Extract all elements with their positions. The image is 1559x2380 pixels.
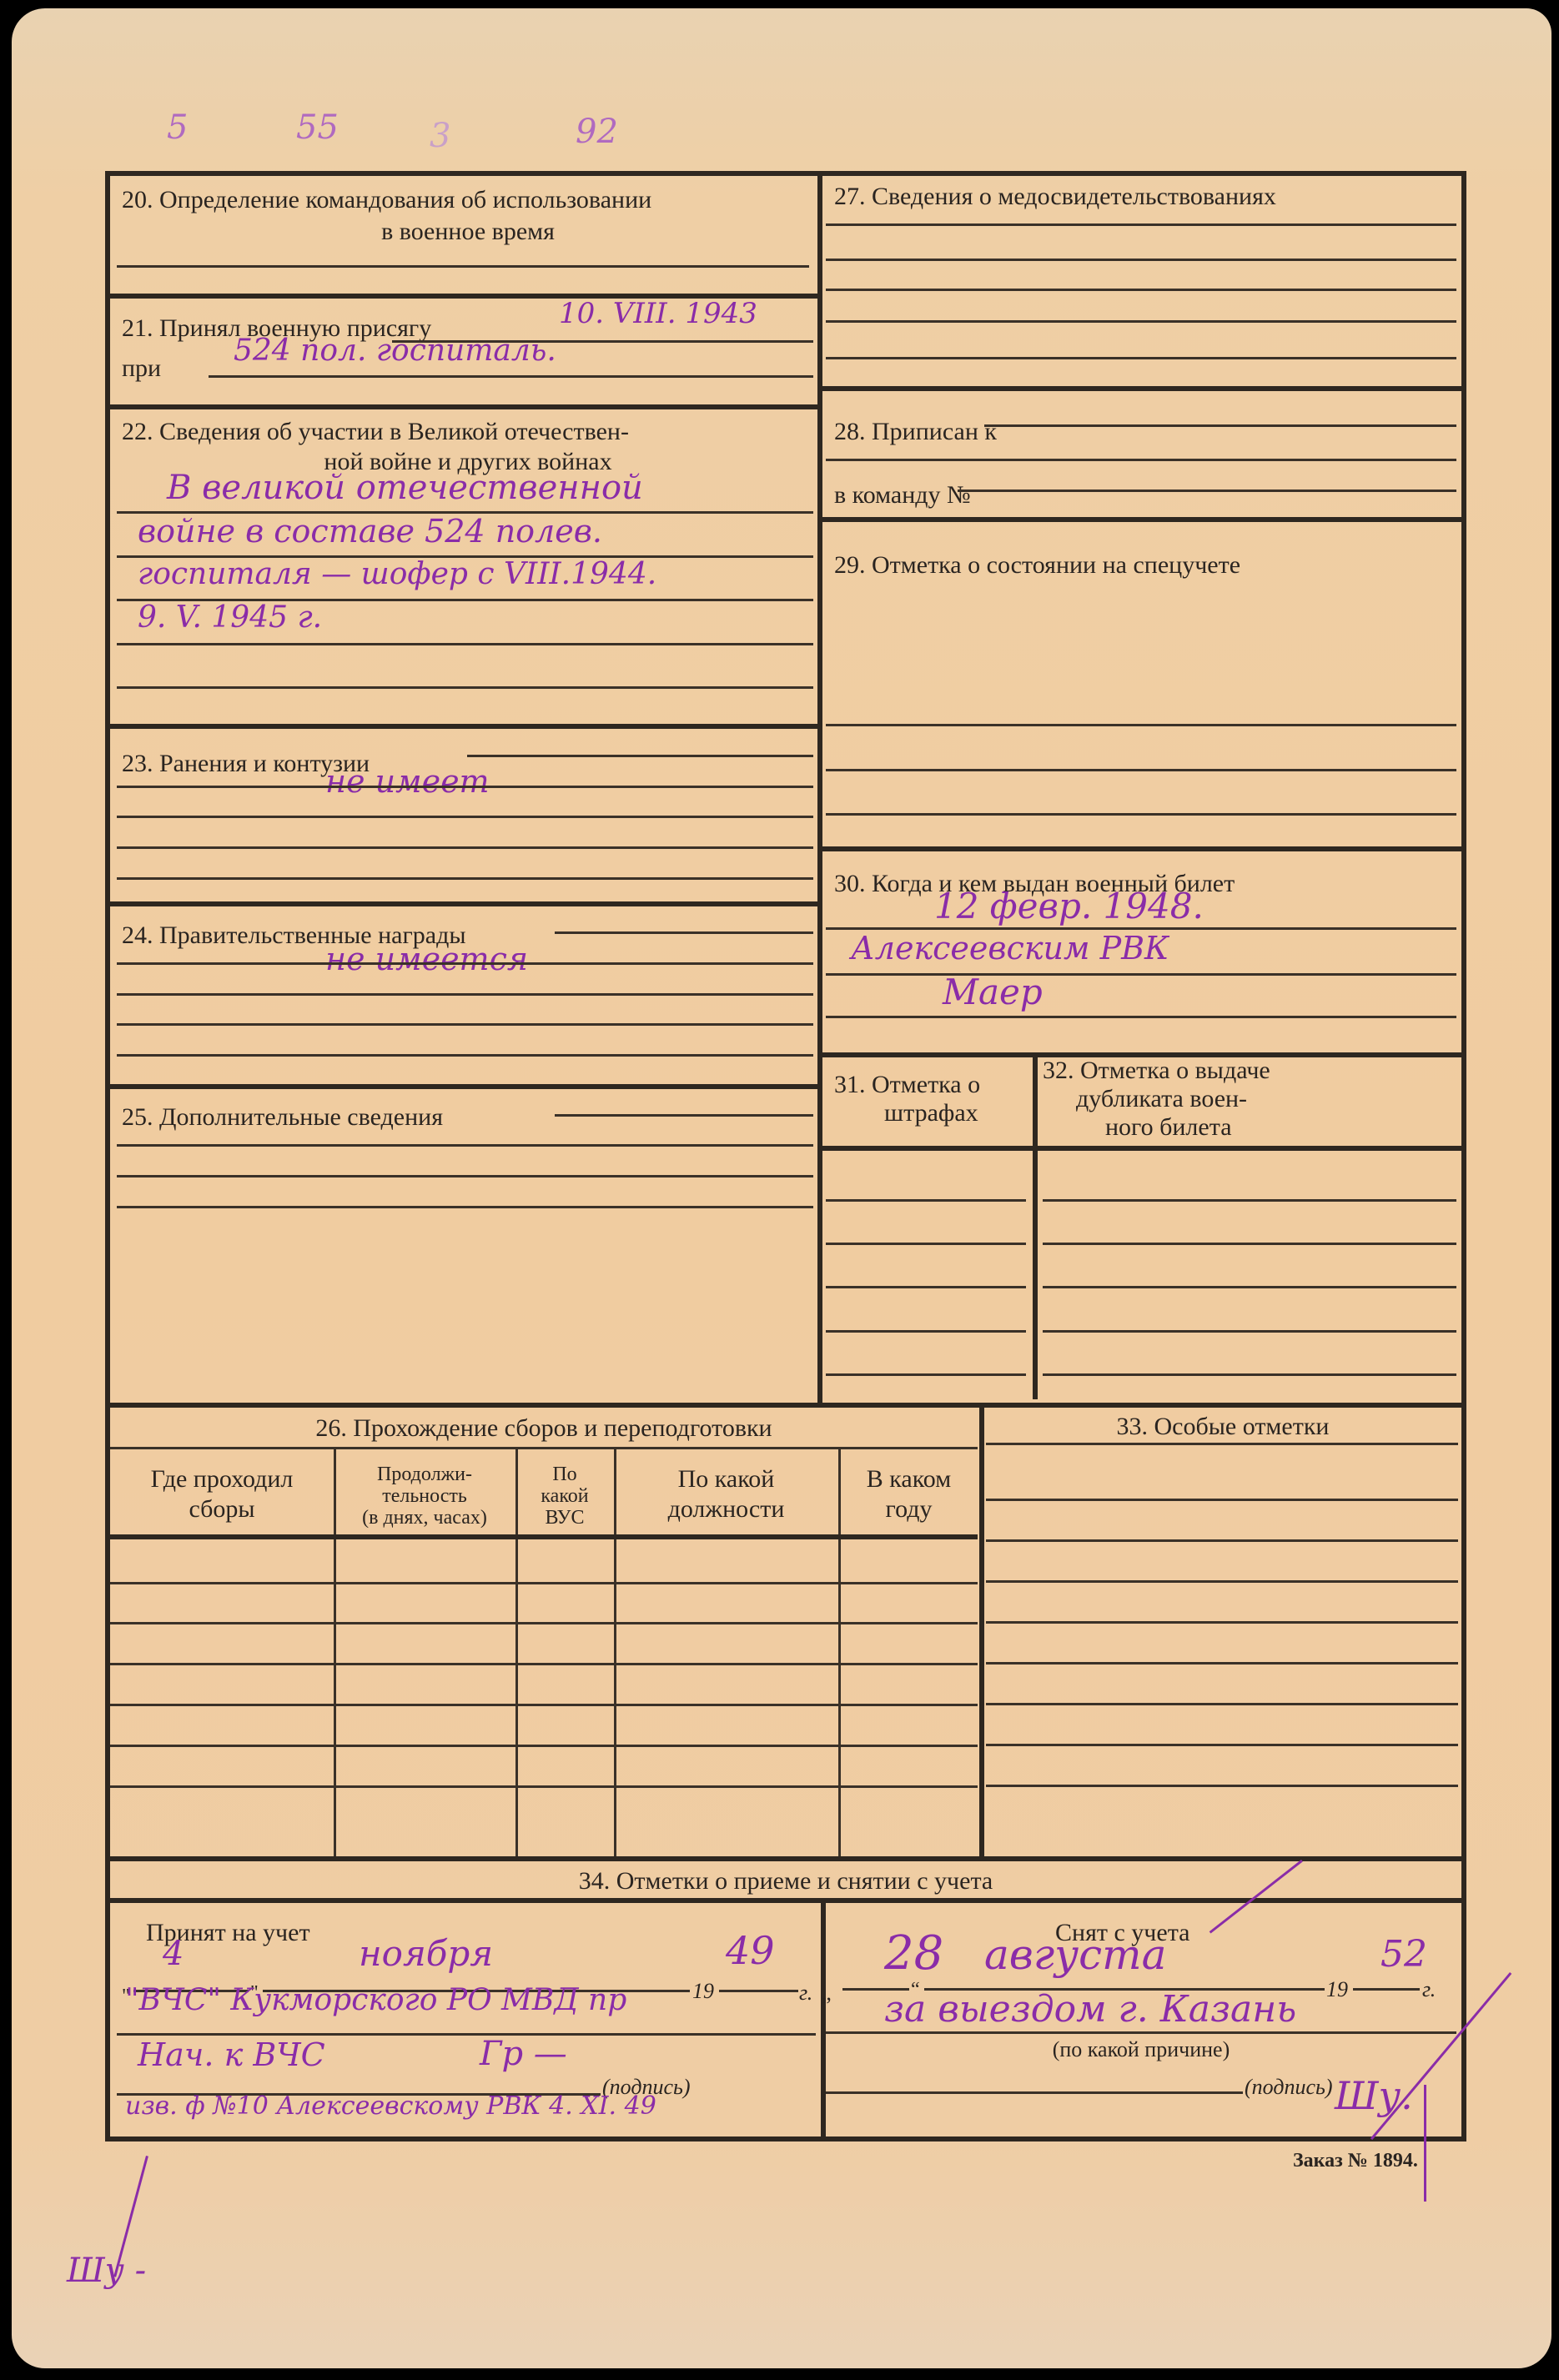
removed-sign-label: (подпись)	[1245, 2072, 1333, 2102]
divider	[110, 404, 817, 409]
section-21-prefix: при	[122, 354, 161, 384]
frame-top	[105, 171, 1466, 176]
table-row[interactable]	[110, 1704, 978, 1706]
accepted-signature[interactable]: Гр —	[480, 2035, 567, 2073]
section-31-label: 31. Отметка о	[834, 1070, 980, 1100]
accepted-year[interactable]: 49	[726, 1928, 775, 1973]
ticket-issue-date[interactable]: 12 февр. 1948.	[934, 886, 1204, 926]
section-26-title: 26. Прохождение сборов и переподготовки	[110, 1413, 978, 1444]
section-32-label-2: дубликата воен-	[1076, 1084, 1247, 1114]
divider	[110, 1084, 817, 1089]
section-31-label-2: штрафах	[884, 1098, 978, 1128]
column-divider	[817, 171, 822, 1405]
column-divider-26-33	[979, 1408, 984, 1858]
table-row[interactable]	[110, 1785, 978, 1788]
accepted-day[interactable]: 4	[163, 1935, 184, 1973]
section-33-label: 33. Особые отметки	[984, 1412, 1461, 1442]
margin-initials: Шу -	[67, 2252, 146, 2290]
divider	[110, 1856, 1461, 1861]
section-20-label: 20. Определение командования об использо…	[122, 185, 651, 215]
accepted-notice[interactable]: изв. ф №10 Алексеевскому РВК 4. XI. 49	[125, 2091, 656, 2121]
ticket-signature[interactable]: Маер	[943, 972, 1043, 1012]
awards-value[interactable]: не имеется	[325, 941, 528, 977]
war-service-line[interactable]: войне в составе 524 полев.	[138, 513, 602, 550]
section-28-team-label: в команду №	[834, 480, 971, 510]
section-20-label-2: в военное время	[122, 217, 814, 247]
section-25-label: 25. Дополнительные сведения	[122, 1102, 443, 1132]
reason-label: (по какой причине)	[826, 2035, 1456, 2065]
table-row[interactable]	[110, 1582, 978, 1584]
section-22-label: 22. Сведения об участии в Великой отечес…	[122, 417, 629, 447]
column-divider-31-32	[1033, 1057, 1038, 1399]
table-row[interactable]	[110, 1745, 978, 1747]
accepted-chief[interactable]: Нач. к ВЧС	[138, 2036, 325, 2073]
section-27-label: 27. Сведения о медосвидетельствованиях	[834, 182, 1276, 212]
table-row[interactable]	[110, 1622, 978, 1624]
frame-bottom	[105, 2136, 1466, 2141]
top-mark: 55	[296, 108, 339, 147]
war-service-line[interactable]: 9. V. 1945 г.	[138, 600, 322, 635]
removed-year[interactable]: 52	[1380, 1933, 1427, 1976]
accepted-office[interactable]: "ВЧС" Кукморского РО МВД пр	[125, 1983, 626, 2017]
removed-reason[interactable]: за выездом г. Казань	[884, 1988, 1296, 2031]
divider	[822, 846, 1461, 851]
top-mark: 5	[167, 108, 188, 147]
section-28-label: 28. Приписан к	[834, 417, 997, 447]
column-divider-34	[821, 1903, 826, 2136]
war-service-line[interactable]: В великой отечественной	[167, 469, 643, 507]
order-number: Заказ № 1894.	[1293, 2146, 1418, 2176]
section-32-label: 32. Отметка о выдаче	[1043, 1056, 1270, 1086]
section-29-label: 29. Отметка о состоянии на спецучете	[834, 550, 1240, 580]
strike-mark	[1424, 2085, 1426, 2202]
removed-month[interactable]: августа	[984, 1931, 1166, 1979]
war-service-line[interactable]: госпиталя — шофер с VIII.1944.	[138, 557, 656, 591]
oath-date[interactable]: 10. VIII. 1943	[559, 297, 757, 330]
divider	[110, 901, 817, 906]
oath-unit[interactable]: 524 пол. госпиталь.	[234, 334, 556, 368]
top-mark: 92	[576, 113, 618, 151]
table-row[interactable]	[110, 1663, 978, 1665]
top-mark: 3	[430, 117, 450, 155]
wounds-value[interactable]: не имеет	[325, 763, 490, 800]
frame-left	[105, 171, 110, 2139]
divider	[110, 1898, 1461, 1903]
ticket-issuer[interactable]: Алексеевским РВК	[851, 930, 1169, 967]
divider	[822, 386, 1461, 391]
divider	[110, 1403, 1461, 1408]
divider	[822, 517, 1461, 522]
divider	[822, 1146, 1461, 1151]
removed-signature[interactable]: Шу.	[1335, 2073, 1413, 2118]
section-32-label-3: ного билета	[1105, 1112, 1232, 1142]
removed-day[interactable]: 28	[884, 1926, 943, 1981]
frame-right	[1461, 171, 1466, 2139]
accepted-month[interactable]: ноября	[359, 1933, 493, 1974]
divider	[110, 724, 817, 729]
